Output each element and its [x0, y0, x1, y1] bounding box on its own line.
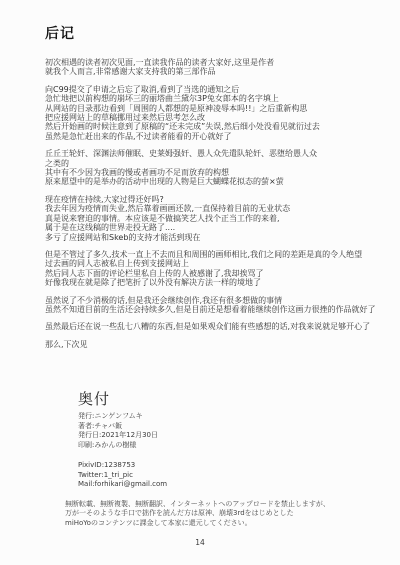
- paragraph-line: 虽然是急忙赶出来的作品,不过读者能看的开心就好了: [45, 132, 382, 141]
- afterword-paragraph: 但是不管过了多久,技术一直上不去而且和周围的画师相比,我们之间的差距是真的令人绝…: [45, 250, 382, 288]
- paragraph-line: 然后同人志下面的评论栏里私自上传的人被感谢了,我却挨骂了: [45, 269, 382, 278]
- paragraph-line: 虽然不知道目前的生活还会持续多久,但是目前还是想看着能继续创作这画力很挫的作品就…: [45, 305, 382, 314]
- colophon-publish-date: 発行日:2021年12月30日: [78, 431, 382, 441]
- paragraph-line: 初次相遇的读者初次见面,一直读我作品的读者大家好,这里是作者: [45, 58, 382, 67]
- paragraph-line: 那么,下次见: [45, 340, 382, 349]
- paragraph-line: 向C99提交了申请之后忘了取消,看到了当选的通知之后: [45, 85, 382, 94]
- paragraph-line: 就我个人而言,非常感谢大家支持我的第三部作品: [45, 67, 382, 76]
- pixiv-id: PixivID:1238753: [78, 461, 382, 471]
- paragraph-line: 之类的: [45, 159, 382, 168]
- colophon-publisher: 発行:ニンゲンフムキ: [78, 412, 382, 422]
- paragraph-line: 过去画的同人志被私自上传到支援网站上: [45, 259, 382, 268]
- afterword-paragraph: 丘丘王轮奸、深渊法师催眠、史莱姆强奸、愚人众先遣队轮奸、恶堕给愚人众 之类的 其…: [45, 149, 382, 187]
- colophon-printer: 印刷:みかんの樹様: [78, 441, 382, 451]
- afterword-paragraph: 初次相遇的读者初次见面,一直读我作品的读者大家好,这里是作者 就我个人而言,非常…: [45, 58, 382, 77]
- colophon-section: 奥付 発行:ニンゲンフムキ 著者:チャバ飯 発行日:2021年12月30日 印刷…: [78, 391, 382, 528]
- colophon-author: 著者:チャバ飯: [78, 422, 382, 432]
- afterword-paragraph: 虽然说了不少消极的话,但是我还会继续创作,我还有很多想做的事情 虽然不知道目前的…: [45, 296, 382, 315]
- contact-block: PixivID:1238753 Twitter:1_tri_pic Mail:f…: [78, 461, 382, 490]
- paragraph-line: 属于是在这线稿的世界走投无路了....: [45, 223, 382, 232]
- paragraph-line: 急忙地把以前构想的崩坏三的丽塔曲兰黛尔3P兔女郎本的名字填上: [45, 94, 382, 103]
- afterword-paragraph: 现在疫情在持续,大家过得还好吗? 我去年因为疫情而失业,然后靠着画画还款,一直保…: [45, 195, 382, 242]
- page-number: 14: [0, 538, 400, 547]
- paragraph-line: 虽然最后还在说一些乱七八糟的东西,但是如果观众们能有些感想的话,对我来说就足够开…: [45, 322, 382, 331]
- paragraph-line: 好像我现在就是除了把笔折了以外没有解决方法一样的境地了: [45, 278, 382, 287]
- afterword-paragraph: 虽然最后还在说一些乱七八糟的东西,但是如果观众们能有些感想的话,对我来说就足够开…: [45, 322, 382, 331]
- mail-address: Mail:forhikari@gmail.com: [78, 480, 382, 490]
- paragraph-line: 但是不管过了多久,技术一直上不去而且和周围的画师相比,我们之间的差距是真的令人绝…: [45, 250, 382, 259]
- afterword-title: 后记: [45, 26, 382, 42]
- paragraph-line: 我去年因为疫情而失业,然后靠着画画还款,一直保持着目前的无业状态: [45, 204, 382, 213]
- disclaimer-line: 万が一そのような手口で拙作を読んだ方は原神、崩壊3rdをはじめとした: [65, 509, 382, 519]
- paragraph-line: 虽然说了不少消极的话,但是我还会继续创作,我还有很多想做的事情: [45, 296, 382, 305]
- paragraph-line: 丘丘王轮奸、深渊法师催眠、史莱姆强奸、愚人众先遣队轮奸、恶堕给愚人众: [45, 149, 382, 158]
- afterword-paragraph: 向C99提交了申请之后忘了取消,看到了当选的通知之后 急忙地把以前构想的崩坏三的…: [45, 85, 382, 141]
- paragraph-line: 原来愿望中的是举办的活动中出现的人物是巨大蝴蝶花拟态的萤×萤: [45, 177, 382, 186]
- disclaimer-line: 無断転載、無断複製、無断翻訳、インターネットへのアップロードを禁止しますが、: [65, 500, 382, 510]
- paragraph-line: 从网站的目录那边看到「周围的人都想的是原神凌辱本吗!!」之后重新构思: [45, 104, 382, 113]
- paragraph-line: 真是说来窘迫的事情。本应该是不做搞笑艺人找个正当工作的来着,: [45, 214, 382, 223]
- colophon-title: 奥付: [78, 391, 382, 408]
- disclaimer-block: 無断転載、無断複製、無断翻訳、インターネットへのアップロードを禁止しますが、 万…: [65, 500, 382, 529]
- afterword-closing: 那么,下次见: [45, 340, 382, 349]
- twitter-handle: Twitter:1_tri_pic: [78, 471, 382, 481]
- paragraph-line: 然后开始画的时候注意到了原稿的“还未完成”失误,然后细小处没看见就衍过去: [45, 122, 382, 131]
- document-page: 后记 初次相遇的读者初次见面,一直读我作品的读者大家好,这里是作者 就我个人而言…: [0, 0, 400, 565]
- disclaimer-line: miHoYoのコンテンツに課金して本家に還元してください。: [65, 519, 382, 529]
- paragraph-line: 现在疫情在持续,大家过得还好吗?: [45, 195, 382, 204]
- paragraph-line: 多亏了应援网站和Skeb的支持才能活到现在: [45, 233, 382, 242]
